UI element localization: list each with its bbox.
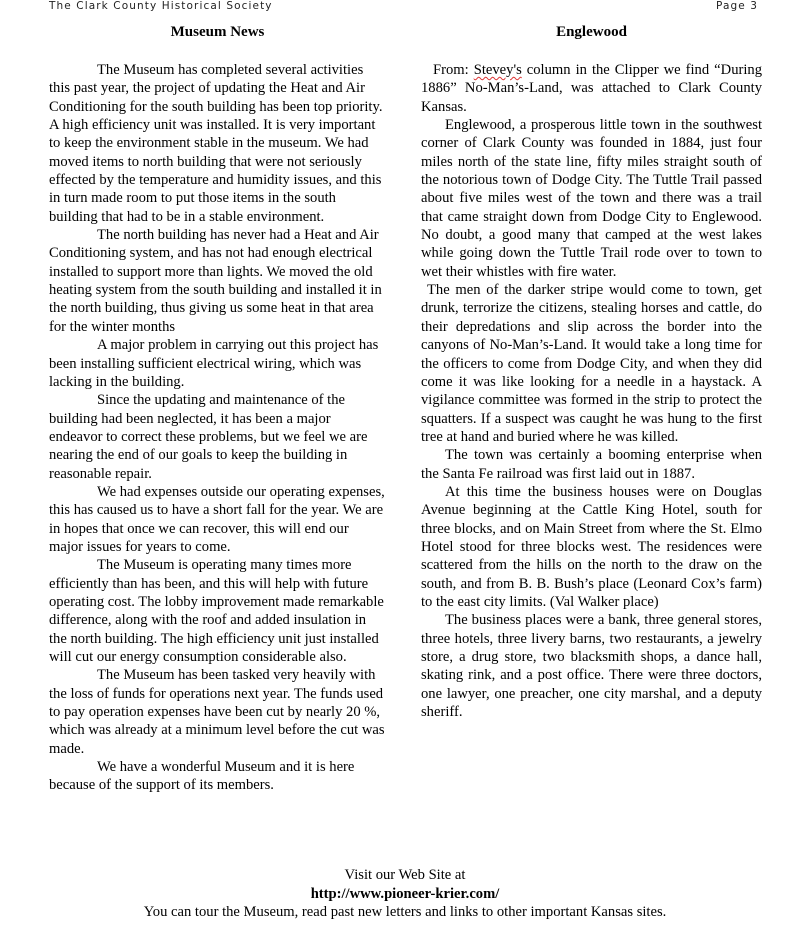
- paragraph: The Museum is operating many times more …: [49, 556, 386, 666]
- paragraph: We have a wonderful Museum and it is her…: [49, 758, 386, 795]
- spellcheck-word: Stevey's: [474, 62, 522, 78]
- englewood-title: Englewood: [421, 24, 762, 41]
- paragraph: At this time the business houses were on…: [421, 483, 762, 611]
- museum-news-title: Museum News: [49, 24, 386, 41]
- footer: Visit our Web Site at http://www.pioneer…: [0, 866, 810, 922]
- from-prefix: From:: [433, 62, 474, 78]
- paragraph: A major problem in carrying out this pro…: [49, 336, 386, 391]
- museum-news-column: The Museum has completed several activit…: [49, 61, 386, 795]
- paragraph: Since the updating and maintenance of th…: [49, 391, 386, 483]
- tagline: You can tour the Museum, read past new l…: [0, 903, 810, 922]
- englewood-column: From: Stevey's column in the Clipper we …: [421, 61, 762, 721]
- paragraph: The north building has never had a Heat …: [49, 226, 386, 336]
- page-header: The Clark County Historical Society Page…: [0, 0, 810, 14]
- paragraph: The business places were a bank, three g…: [421, 611, 762, 721]
- paragraph: The men of the darker stripe would come …: [421, 281, 762, 446]
- paragraph: The Museum has completed several activit…: [49, 61, 386, 226]
- website-link[interactable]: http://www.pioneer-krier.com/: [0, 885, 810, 904]
- page-number: Page 3: [716, 0, 758, 12]
- source-paragraph: From: Stevey's column in the Clipper we …: [421, 61, 762, 116]
- paragraph: The town was certainly a booming enterpr…: [421, 446, 762, 483]
- visit-text: Visit our Web Site at: [0, 866, 810, 885]
- paragraph: We had expenses outside our operating ex…: [49, 483, 386, 556]
- society-name: The Clark County Historical Society: [49, 0, 273, 12]
- paragraph: Englewood, a prosperous little town in t…: [421, 116, 762, 281]
- paragraph: The Museum has been tasked very heavily …: [49, 666, 386, 758]
